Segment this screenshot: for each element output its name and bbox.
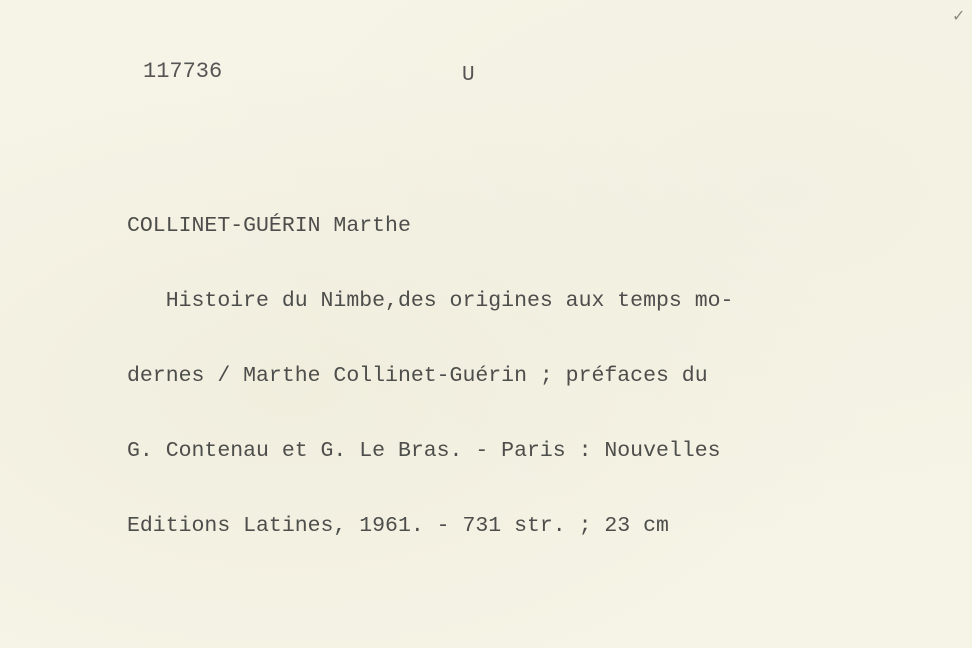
description-line: Editions Latines, 1961. - 731 str. ; 23 …: [127, 514, 733, 539]
location-code: U: [462, 64, 475, 87]
description-line: G. Contenau et G. Le Bras. - Paris : Nou…: [127, 439, 733, 464]
accession-number: 117736: [143, 59, 222, 84]
catalog-card: ✓ 117736 U COLLINET-GUÉRIN Marthe Histoi…: [0, 0, 972, 648]
description-line: Histoire du Nimbe,des origines aux temps…: [127, 289, 733, 314]
description-line: dernes / Marthe Collinet-Guérin ; préfac…: [127, 364, 733, 389]
check-mark-icon: ✓: [952, 6, 965, 25]
author-heading: COLLINET-GUÉRIN Marthe: [127, 214, 733, 239]
bibliographic-entry: COLLINET-GUÉRIN Marthe Histoire du Nimbe…: [127, 164, 733, 589]
